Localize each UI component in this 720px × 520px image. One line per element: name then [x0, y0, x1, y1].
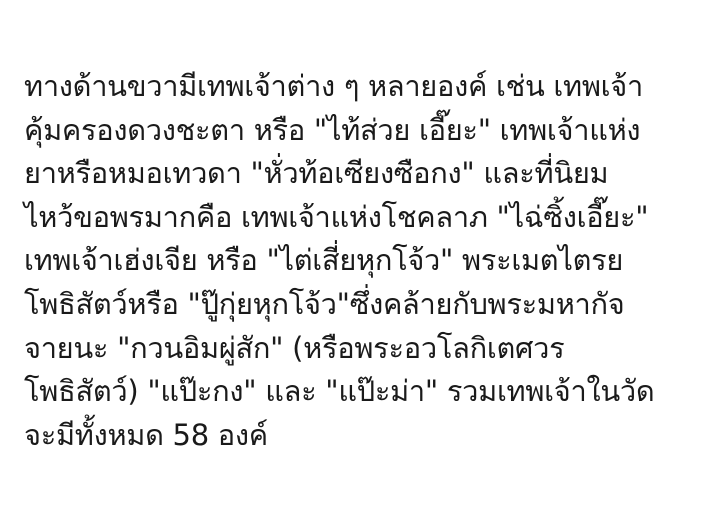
text-line-8: โพธิสัตว์) "แป๊ะกง" และ "แป๊ะม่า" รวมเทพ…: [24, 370, 714, 414]
text-line-2: คุ้มครองดวงชะตา หรือ "ไท้ส่วย เอี๊ยะ" เท…: [24, 109, 714, 153]
text-line-3: ยาหรือหมอเทวดา "หั่วท้อเซียงซือกง" และที…: [24, 152, 714, 196]
text-line-1: ทางด้านขวามีเทพเจ้าต่าง ๆ หลายองค์ เช่น …: [24, 65, 714, 109]
text-line-9: จะมีทั้งหมด 58 องค์: [24, 414, 714, 458]
text-document: ทางด้านขวามีเทพเจ้าต่าง ๆ หลายองค์ เช่น …: [24, 65, 714, 457]
text-line-5: เทพเจ้าเฮ่งเจีย หรือ "ไต่เสี่ยหุกโจ้ว" พ…: [24, 239, 714, 283]
text-line-6: โพธิสัตว์หรือ "ปู๊กุ่ยหุกโจ้ว"ซึ่งคล้ายก…: [24, 283, 714, 327]
text-line-7: จายนะ "กวนอิมผู่สัก" (หรือพระอวโลกิเตศวร: [24, 327, 714, 371]
text-line-4: ไหว้ขอพรมากคือ เทพเจ้าแห่งโชคลาภ "ไฉ่ซิ้…: [24, 196, 714, 240]
